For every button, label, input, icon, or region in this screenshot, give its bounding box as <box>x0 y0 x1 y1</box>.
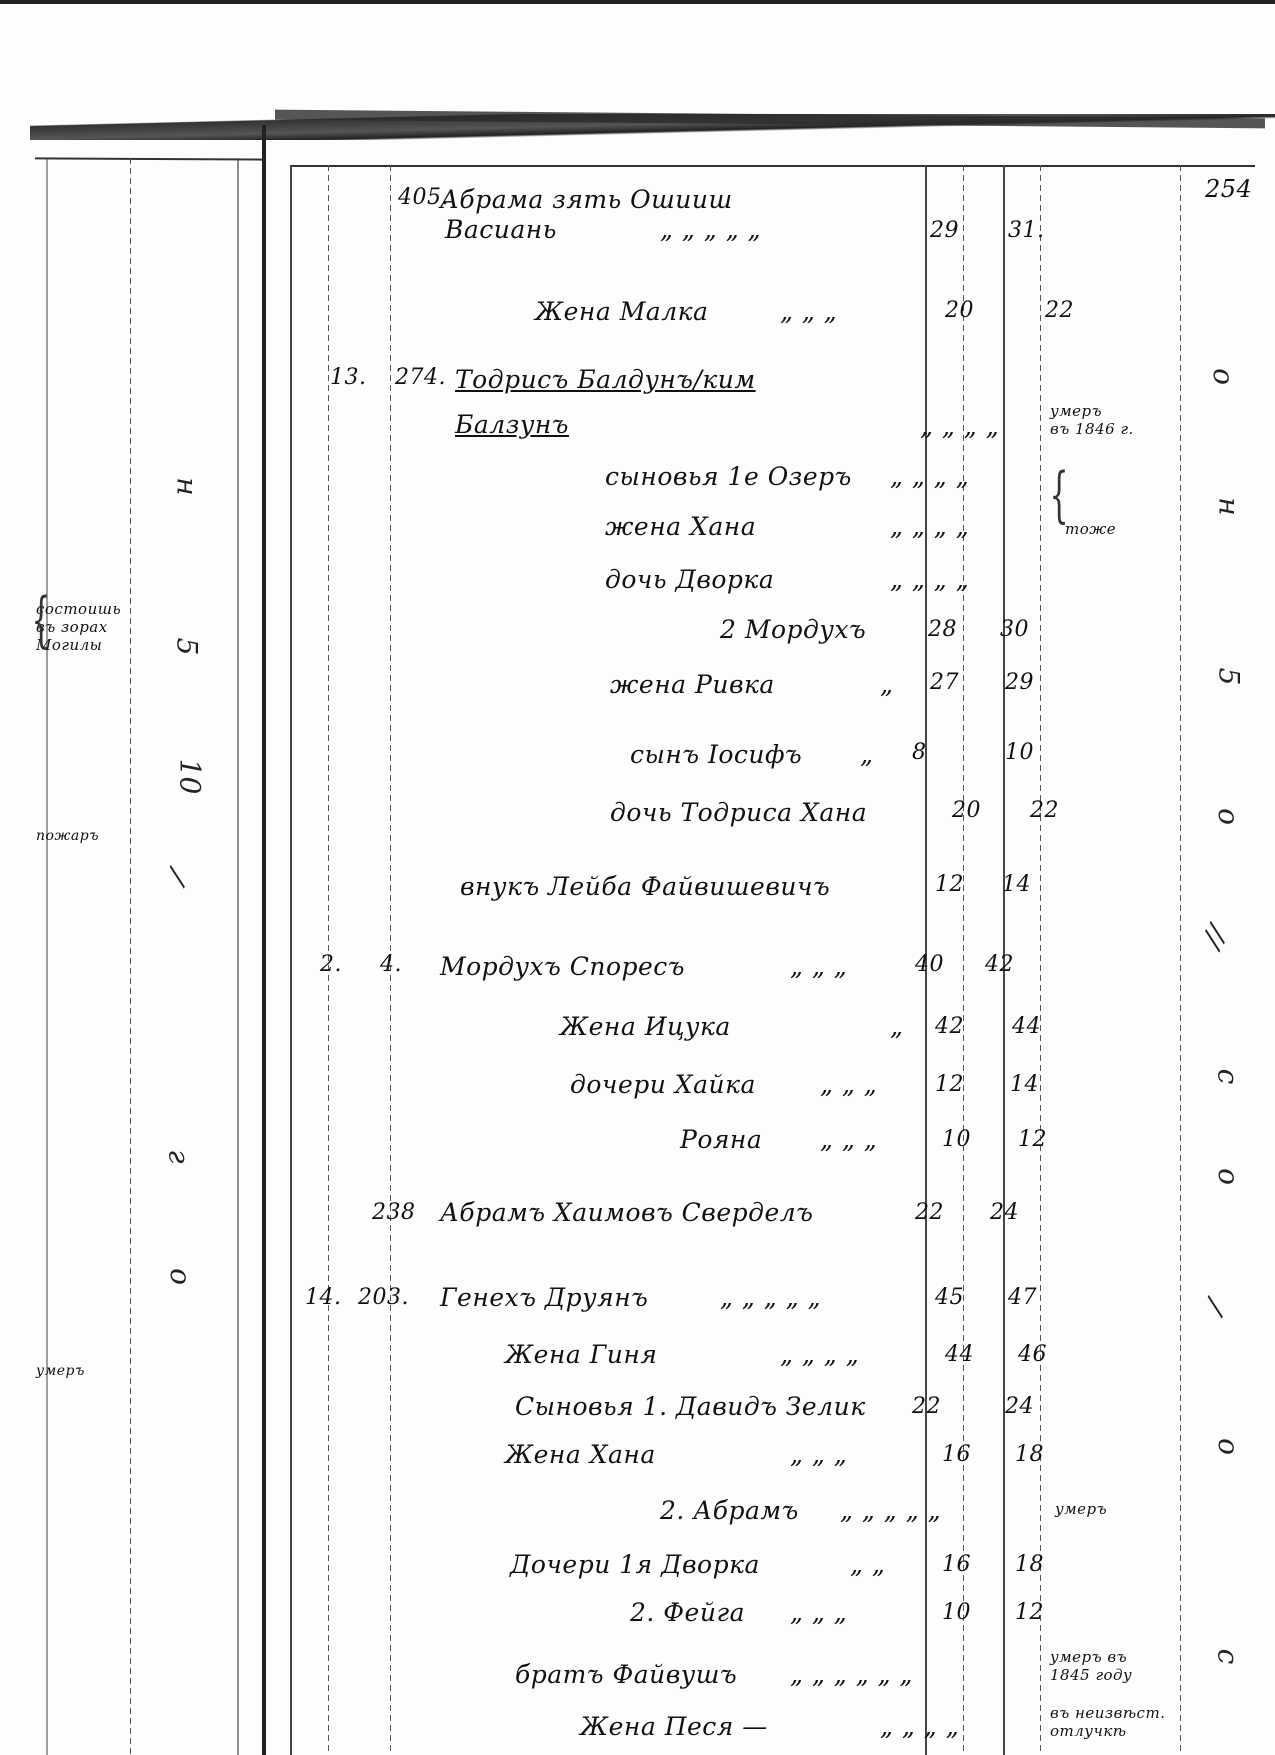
person-name: Тодрисъ Балдунъ/ким <box>455 365 756 394</box>
person-name: Мордухъ Споресъ <box>440 952 685 981</box>
person-name: Дочери 1я Дворка <box>510 1550 760 1579</box>
column-rule <box>237 158 239 1755</box>
person-name: Абрама зять Ошииш <box>440 185 733 214</box>
ditto-marks: „ „ „ <box>790 1440 847 1469</box>
age-current: 22 <box>1030 798 1059 823</box>
ditto-marks: „ „ <box>850 1550 885 1579</box>
age-current: 30 <box>1000 617 1029 642</box>
age-current: 10 <box>1005 740 1034 765</box>
age-current: 14 <box>1002 872 1031 897</box>
margin-vertical-glyph: о <box>1212 1438 1245 1455</box>
age-current: 12 <box>1018 1127 1047 1152</box>
ditto-marks: „ „ „ „ <box>880 1712 959 1741</box>
ditto-marks: „ „ „ „ „ „ <box>790 1660 913 1689</box>
age-current: 42 <box>985 952 1014 977</box>
age-current: 12 <box>1015 1600 1044 1625</box>
age-prev: 27 <box>930 670 959 695</box>
ditto-marks: „ „ „ <box>790 952 847 981</box>
age-prev: 20 <box>945 298 974 323</box>
column-rule-notes <box>1040 165 1041 1755</box>
age-prev: 40 <box>915 952 944 977</box>
margin-vertical-glyph: 5 <box>1212 668 1245 686</box>
ditto-marks: „ „ „ <box>820 1070 877 1099</box>
person-name: сынъ Іосифъ <box>630 740 802 769</box>
scan-top-edge <box>0 0 1275 4</box>
note-died-year: умеръ въ 1845 году <box>1050 1648 1132 1684</box>
age-prev: 22 <box>912 1394 941 1419</box>
margin-vertical-glyph: о <box>1212 808 1245 825</box>
column-rule <box>130 158 131 1755</box>
age-current: 22 <box>1045 298 1074 323</box>
age-prev: 28 <box>928 617 957 642</box>
margin-vertical-glyph: / <box>1198 1294 1231 1319</box>
ditto-marks: „ „ „ „ <box>920 412 999 441</box>
ditto-marks: „ <box>880 670 893 699</box>
ditto-marks: „ „ „ „ <box>890 565 969 594</box>
margin-note-fire: пожаръ <box>36 828 99 844</box>
margin-vertical-glyph: с <box>1211 1649 1244 1665</box>
rev-number: 4. <box>380 952 402 977</box>
header-rule-right <box>290 165 1255 167</box>
note-same: тоже <box>1065 520 1116 538</box>
age-current: 44 <box>1012 1014 1041 1039</box>
family-number: 13. <box>330 365 367 390</box>
ditto-marks: „ „ „ „ <box>890 512 969 541</box>
note-absent: въ неизвѣст. отлучкѣ <box>1050 1704 1165 1740</box>
ditto-marks: „ „ „ <box>820 1125 877 1154</box>
header-rule-left <box>35 157 265 160</box>
age-current: 29 <box>1005 670 1034 695</box>
age-prev: 29 <box>930 218 959 243</box>
person-name: Генехъ Друянъ <box>440 1283 648 1312</box>
age-current: 24 <box>1005 1394 1034 1419</box>
rev-number: 238 <box>372 1200 416 1225</box>
age-prev: 20 <box>952 798 981 823</box>
page-number: 254 <box>1205 175 1252 203</box>
age-current: 18 <box>1015 1442 1044 1467</box>
age-prev: 16 <box>942 1442 971 1467</box>
age-current: 47 <box>1008 1285 1037 1310</box>
person-name: внукъ Лейба Файвишевичъ <box>460 872 830 901</box>
age-prev: 42 <box>935 1014 964 1039</box>
person-name: Жена Ицука <box>560 1012 731 1041</box>
rev-number: 203. <box>358 1285 409 1310</box>
ditto-marks: „ „ „ „ <box>780 1340 859 1369</box>
person-name: жена Хана <box>605 512 756 541</box>
family-number: 14. <box>305 1285 342 1310</box>
age-current: 14 <box>1010 1072 1039 1097</box>
margin-vertical-glyph: н <box>1213 497 1246 515</box>
person-name: Рояна <box>680 1125 762 1154</box>
age-prev: 12 <box>935 872 964 897</box>
column-rule <box>46 158 48 1755</box>
person-name: Сыновья 1. Давидъ Зелик <box>515 1392 866 1421</box>
column-rule-family <box>290 165 292 1755</box>
person-name: дочь Дворка <box>605 565 774 594</box>
person-name: Жена Песя — <box>580 1712 768 1741</box>
age-current: 24 <box>990 1200 1019 1225</box>
margin-note-died: умеръ <box>36 1363 85 1379</box>
person-name: 2. Абрамъ <box>660 1496 799 1525</box>
ditto-marks: „ „ „ „ „ <box>840 1496 941 1525</box>
person-name: Жена Хана <box>505 1440 656 1469</box>
family-number: 2. <box>320 952 342 977</box>
margin-vertical-glyph: 10 <box>173 759 206 795</box>
margin-vertical-glyph: о <box>164 1268 197 1285</box>
age-prev: 16 <box>942 1552 971 1577</box>
margin-vertical-glyph: н <box>171 477 204 495</box>
age-current: 18 <box>1015 1552 1044 1577</box>
ditto-marks: „ „ „ <box>780 297 837 326</box>
ditto-marks: „ „ „ „ „ <box>660 215 761 244</box>
margin-vertical-glyph: о <box>1207 368 1240 385</box>
age-prev: 45 <box>935 1285 964 1310</box>
brace-icon: { <box>32 590 51 650</box>
margin-vertical-glyph: / <box>160 864 193 889</box>
ditto-marks: „ <box>890 1012 903 1041</box>
person-name: 2 Мордухъ <box>720 615 866 644</box>
age-current: 31. <box>1008 218 1045 243</box>
age-prev: 10 <box>942 1127 971 1152</box>
margin-vertical-glyph: г <box>163 1149 196 1163</box>
margin-vertical-glyph: о <box>1212 1168 1245 1185</box>
rev-number: 274. <box>395 365 446 390</box>
margin-vertical-glyph: с <box>1211 1069 1244 1085</box>
note-died: умеръ <box>1055 1500 1107 1518</box>
age-prev: 12 <box>935 1072 964 1097</box>
person-name: сыновья 1е Озеръ <box>605 462 852 491</box>
age-current: 46 <box>1018 1342 1047 1367</box>
column-rule-right-margin <box>1180 165 1181 1755</box>
margin-vertical-glyph: // <box>1195 920 1233 953</box>
margin-vertical-glyph: 5 <box>170 638 203 656</box>
person-name: братъ Файвушъ <box>515 1660 737 1689</box>
note-died: умеръ въ 1846 г. <box>1050 402 1134 438</box>
age-prev: 44 <box>945 1342 974 1367</box>
person-name: 2. Фейга <box>630 1598 745 1627</box>
age-prev: 8 <box>912 740 927 765</box>
age-prev: 22 <box>915 1200 944 1225</box>
column-rule-age1b <box>963 165 964 1755</box>
person-name: Абрамъ Хаимовъ Сверделъ <box>440 1198 813 1227</box>
person-name: Жена Гиня <box>505 1340 657 1369</box>
ditto-marks: „ <box>860 740 873 769</box>
page-fold-rule <box>262 125 266 1755</box>
ditto-marks: „ „ „ <box>790 1598 847 1627</box>
person-name: жена Ривка <box>610 670 775 699</box>
ditto-marks: „ „ „ „ <box>890 462 969 491</box>
person-name: Жена Малка <box>535 297 708 326</box>
person-name: Васиань <box>445 215 557 244</box>
age-prev: 10 <box>942 1600 971 1625</box>
person-name: дочь Тодриса Хана <box>610 798 867 827</box>
ditto-marks: „ „ „ „ „ <box>720 1283 821 1312</box>
person-name: Балзунъ <box>455 410 569 439</box>
brace-icon: { <box>1050 465 1069 525</box>
person-name: дочери Хайка <box>570 1070 756 1099</box>
